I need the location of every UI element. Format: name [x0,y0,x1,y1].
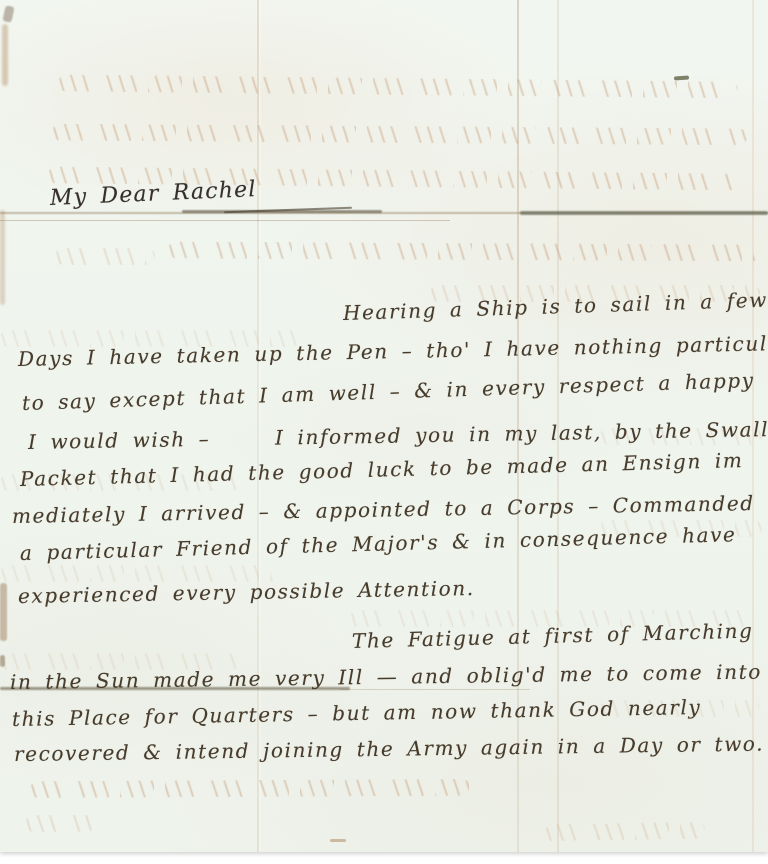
bleedthrough-line [58,74,738,98]
lower-fold-crease-faint [340,689,530,690]
ink-speck [674,75,689,80]
bleedthrough-line [545,822,705,842]
letter-line: recovered & intend joining the Army agai… [14,732,764,766]
corner-stain [2,5,14,23]
horizontal-crease-smudge-right [520,211,768,215]
scanned-letter-page: { "letter": { "salutation": "My Dear Rac… [0,0,768,864]
letter-line: I would wish – I informed you in my last… [28,417,768,454]
letter-line: Packet that I had the good luck to be ma… [20,448,744,491]
bleedthrough-line [168,241,760,261]
horizontal-crease-secondary [0,220,450,221]
bleedthrough-line [55,248,155,265]
letter-line: this Place for Quarters – but am now tha… [12,695,702,731]
torn-edge-stain [0,583,7,641]
bleedthrough-line [25,815,95,832]
torn-edge-stain [2,24,8,86]
bleedthrough-line [30,779,470,798]
torn-edge-stain [0,210,5,305]
torn-edge-stain [0,655,5,667]
letter-line: a particular Friend of the Major's & in … [20,522,737,565]
bleedthrough-line [52,124,747,146]
ink-speck [330,839,346,842]
letter-paper: My Dear Rachel Hearing a Ship is to sail… [0,0,768,852]
letter-line: to say except that I am well – & in ever… [22,367,768,415]
